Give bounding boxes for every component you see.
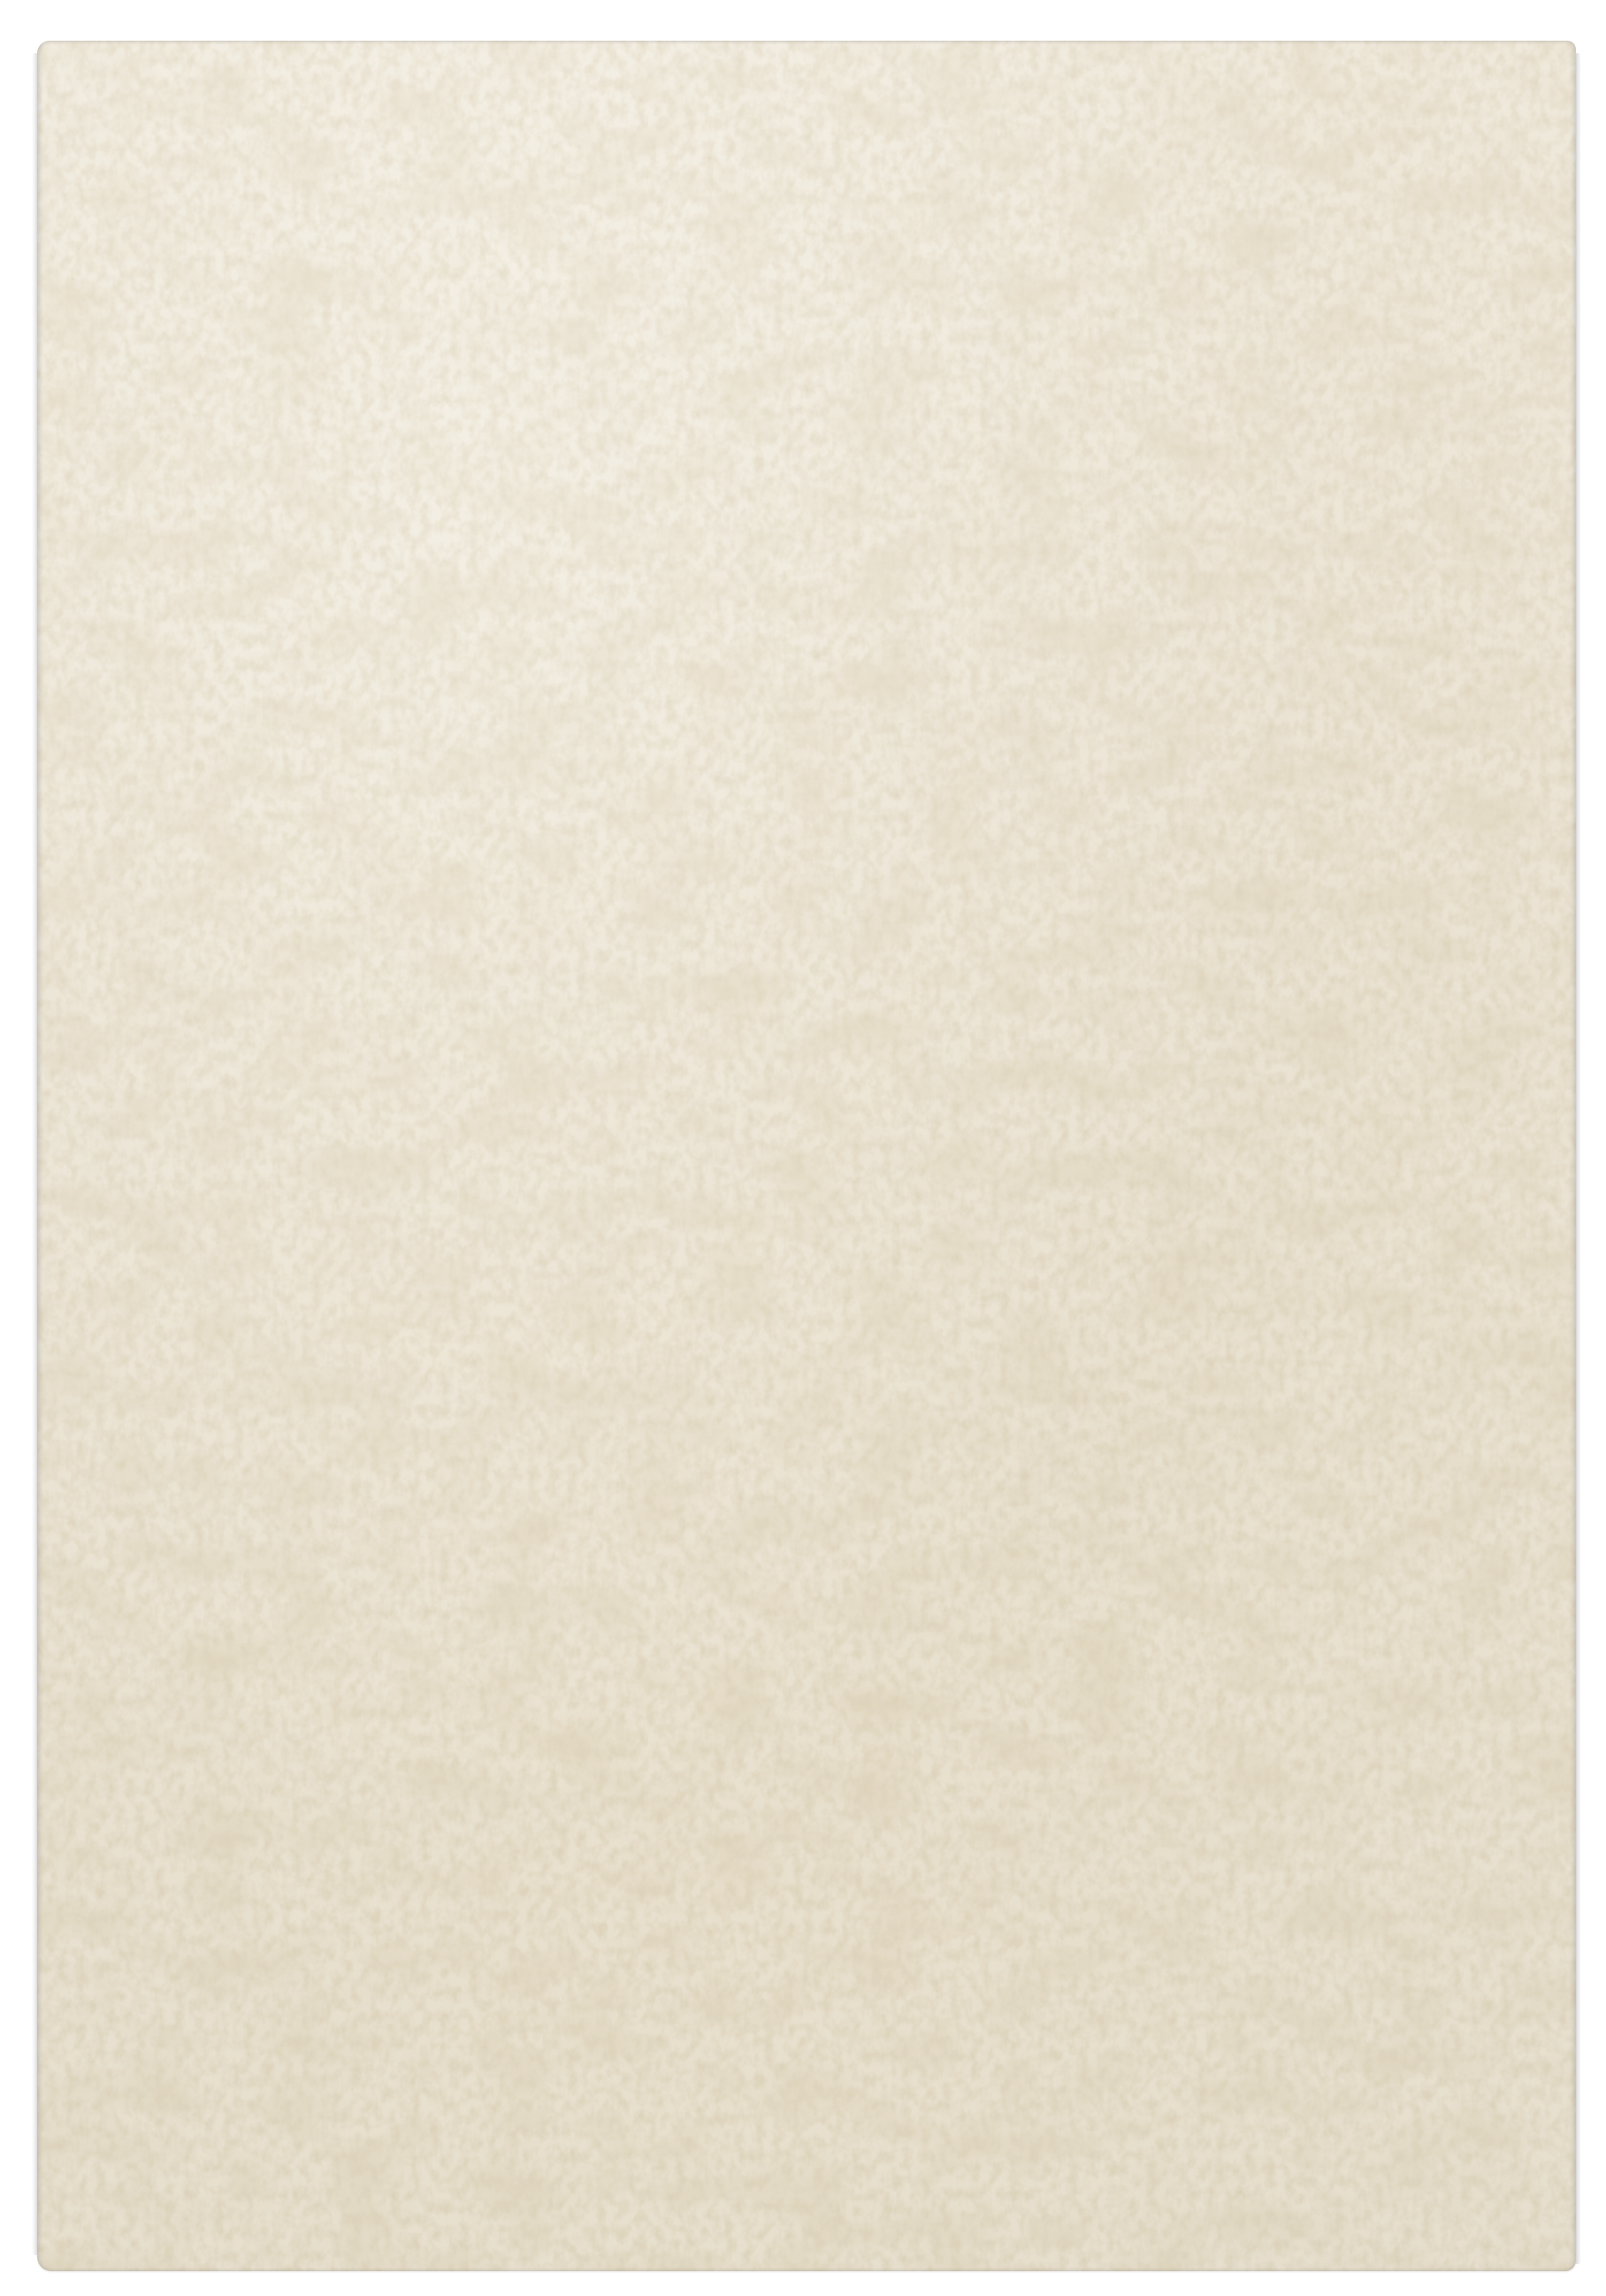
cream-shag-rug (37, 41, 1576, 2271)
shag-pile-texture (37, 41, 1576, 2271)
